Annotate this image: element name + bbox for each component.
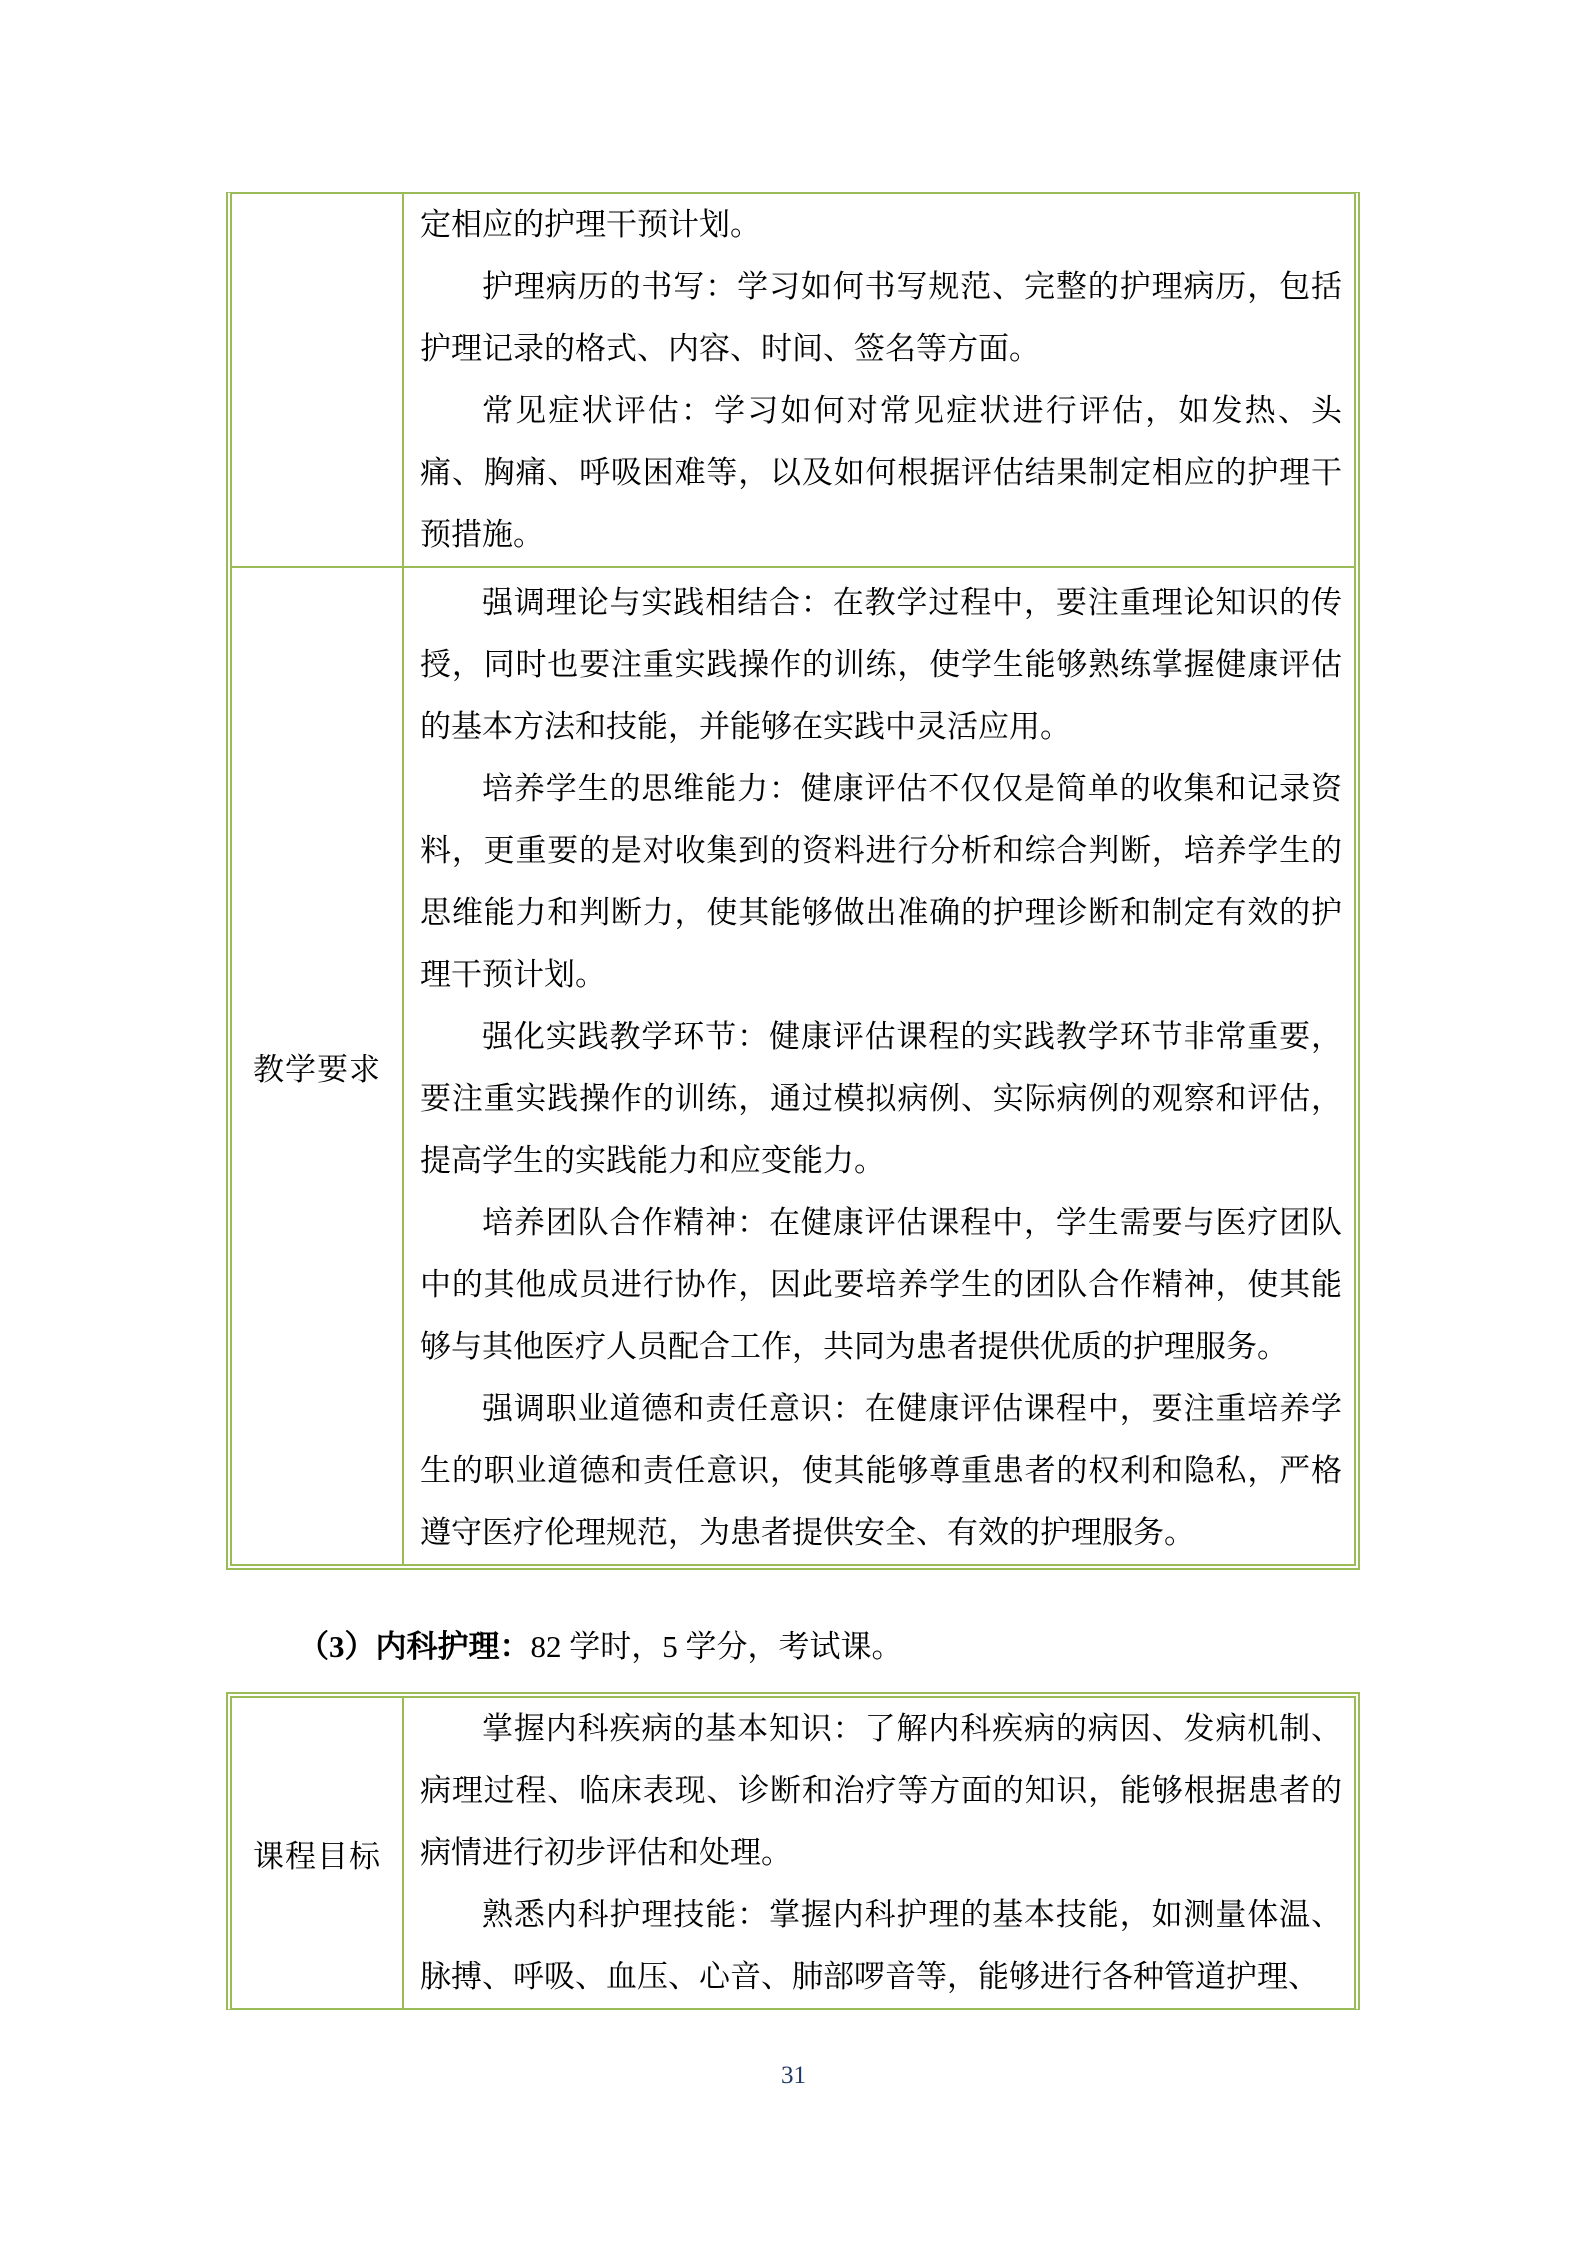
- paragraph: 培养学生的思维能力：健康评估不仅仅是简单的收集和记录资料，更重要的是对收集到的资…: [420, 758, 1342, 1006]
- paragraph: 培养团队合作精神：在健康评估课程中，学生需要与医疗团队中的其他成员进行协作，因此…: [420, 1192, 1342, 1378]
- cell-course-content-continued: 定相应的护理干预计划。 护理病历的书写：学习如何书写规范、完整的护理病历，包括护…: [404, 194, 1354, 566]
- table-row: 定相应的护理干预计划。 护理病历的书写：学习如何书写规范、完整的护理病历，包括护…: [232, 194, 1354, 568]
- course-table-internal-medicine: 课程目标 掌握内科疾病的基本知识：了解内科疾病的病因、发病机制、病理过程、临床表…: [226, 1692, 1360, 2010]
- course-table-health-assessment: 定相应的护理干预计划。 护理病历的书写：学习如何书写规范、完整的护理病历，包括护…: [226, 192, 1360, 1570]
- paragraph: 强调职业道德和责任意识：在健康评估课程中，要注重培养学生的职业道德和责任意识，使…: [420, 1378, 1342, 1564]
- paragraph: 护理病历的书写：学习如何书写规范、完整的护理病历，包括护理记录的格式、内容、时间…: [420, 256, 1342, 380]
- section-heading-detail: 82 学时，5 学分，考试课。: [531, 1629, 903, 1664]
- page-number: 31: [0, 2058, 1587, 2094]
- section-heading: （3）内科护理：82 学时，5 学分，考试课。: [226, 1616, 1360, 1678]
- row-label-course-objectives: 课程目标: [232, 1698, 404, 2008]
- paragraph: 常见症状评估：学习如何对常见症状进行评估，如发热、头痛、胸痛、呼吸困难等，以及如…: [420, 380, 1342, 566]
- row-label-empty: [232, 194, 404, 566]
- table-row: 课程目标 掌握内科疾病的基本知识：了解内科疾病的病因、发病机制、病理过程、临床表…: [232, 1698, 1354, 2008]
- paragraph: 熟悉内科护理技能：掌握内科护理的基本技能，如测量体温、脉搏、呼吸、血压、心音、肺…: [420, 1884, 1342, 2008]
- section-heading-title: （3）内科护理：: [298, 1629, 531, 1664]
- row-label-teaching-requirements: 教学要求: [232, 568, 404, 1564]
- paragraph: 掌握内科疾病的基本知识：了解内科疾病的病因、发病机制、病理过程、临床表现、诊断和…: [420, 1698, 1342, 1884]
- document-page: 定相应的护理干预计划。 护理病历的书写：学习如何书写规范、完整的护理病历，包括护…: [0, 0, 1587, 2245]
- cell-teaching-requirements: 强调理论与实践相结合：在教学过程中，要注重理论知识的传授，同时也要注重实践操作的…: [404, 568, 1354, 1564]
- cell-course-objectives: 掌握内科疾病的基本知识：了解内科疾病的病因、发病机制、病理过程、临床表现、诊断和…: [404, 1698, 1354, 2008]
- paragraph: 强化实践教学环节：健康评估课程的实践教学环节非常重要，要注重实践操作的训练，通过…: [420, 1006, 1342, 1192]
- table-row: 教学要求 强调理论与实践相结合：在教学过程中，要注重理论知识的传授，同时也要注重…: [232, 568, 1354, 1564]
- paragraph: 定相应的护理干预计划。: [420, 194, 1342, 256]
- paragraph: 强调理论与实践相结合：在教学过程中，要注重理论知识的传授，同时也要注重实践操作的…: [420, 572, 1342, 758]
